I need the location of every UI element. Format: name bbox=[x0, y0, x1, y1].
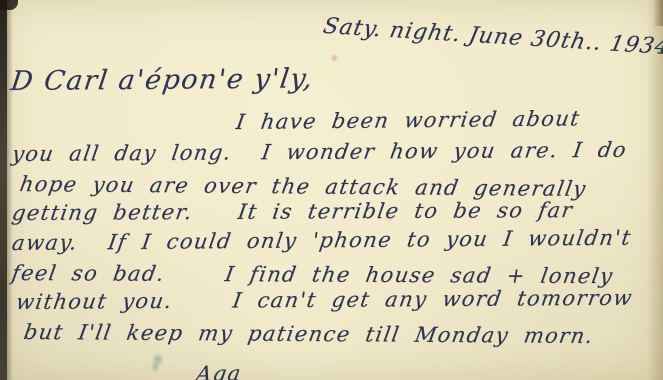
body-line-partial-clipped: Aga bbox=[195, 361, 244, 380]
scan-corner-top-right bbox=[653, 0, 663, 26]
body-line: you all day long. I wonder how you are. … bbox=[10, 138, 628, 166]
body-line: without you. I can't get any word tomorr… bbox=[14, 286, 634, 314]
body-line: feel so bad. I find the house sad + lone… bbox=[10, 261, 615, 288]
body-line: I have been worried about bbox=[234, 106, 582, 134]
scan-edge-left-shadow bbox=[7, 0, 13, 380]
body-line: away. If I could only 'phone to you I wo… bbox=[10, 226, 633, 255]
ink-smudge bbox=[147, 351, 167, 376]
paper-stain bbox=[330, 53, 339, 63]
date-line: Saty. night. June 30th.. 1934 bbox=[321, 14, 663, 60]
scan-edge-left bbox=[0, 0, 7, 380]
body-line: getting better. It is terrible to be so … bbox=[10, 198, 575, 225]
salutation: D Carl a'épon'e y'ly, bbox=[9, 63, 316, 97]
body-line: but I'll keep my patience till Monday mo… bbox=[22, 320, 596, 348]
body-line: hope you are over the attack and general… bbox=[18, 172, 589, 201]
letter-paper: Saty. night. June 30th.. 1934 D Carl a'é… bbox=[0, 0, 663, 380]
scan-corner-top-left bbox=[0, 0, 18, 10]
